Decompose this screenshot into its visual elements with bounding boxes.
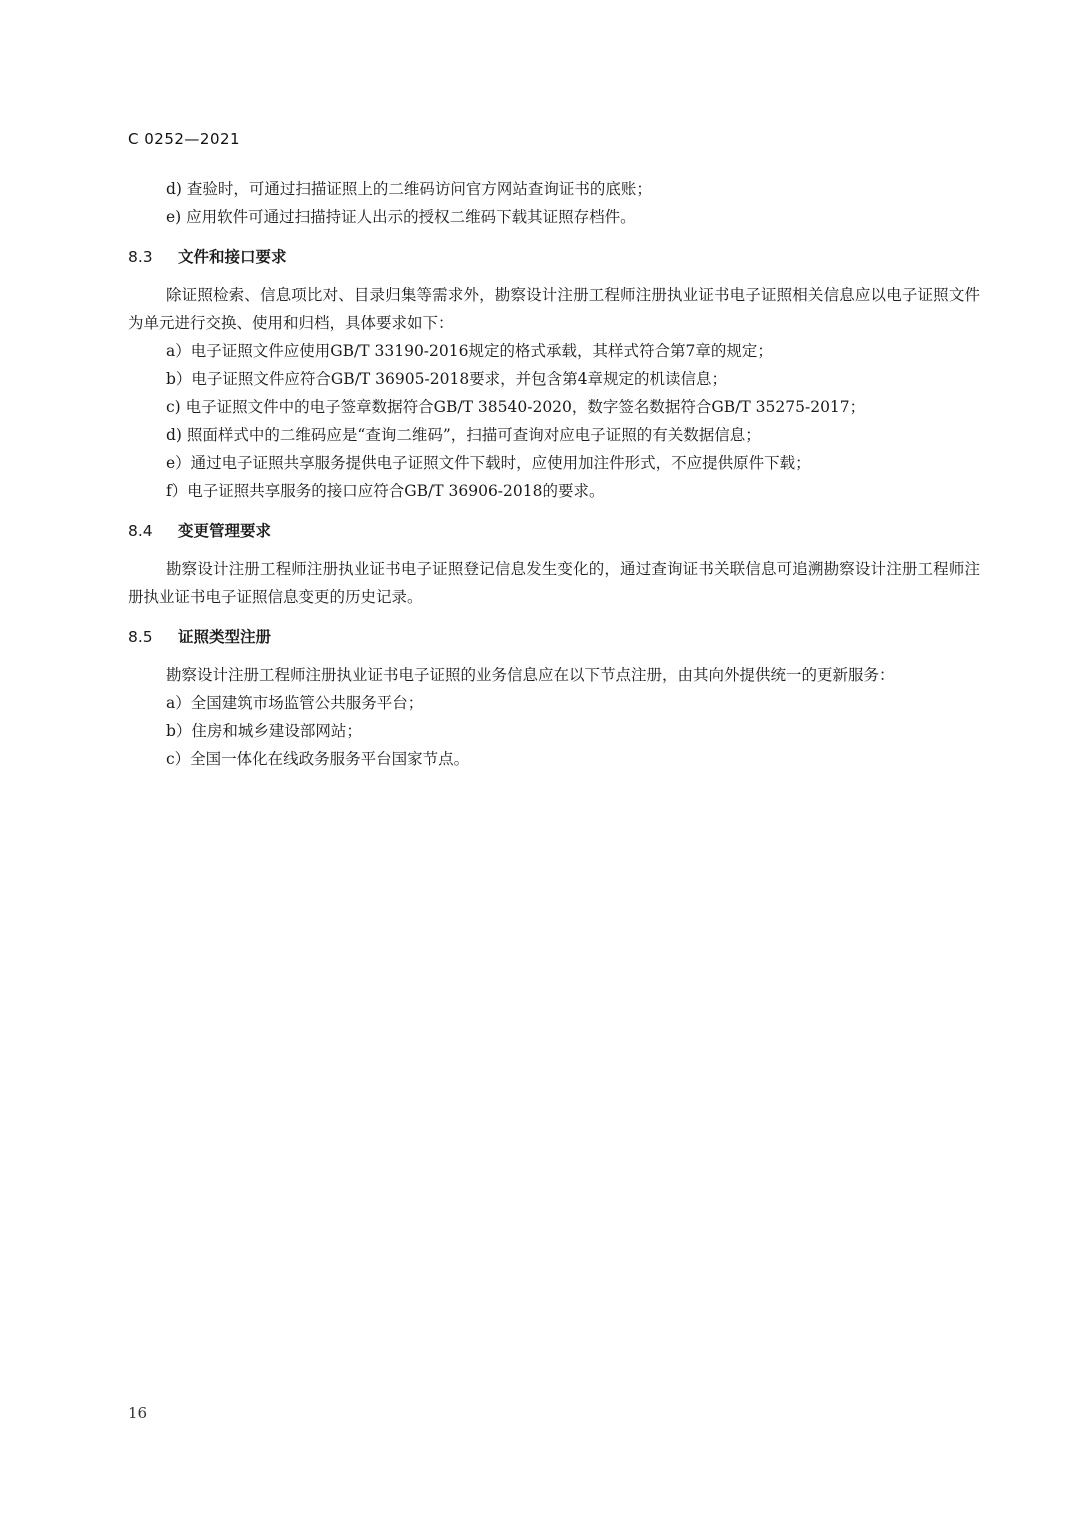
document-code-header: C 0252—2021 — [128, 130, 240, 148]
list-item: a）电子证照文件应使用GB/T 33190-2016规定的格式承载，其样式符合第… — [128, 337, 980, 365]
section-number: 8.4 — [128, 517, 178, 545]
list-item: c) 电子证照文件中的电子签章数据符合GB/T 38540-2020，数字签名数… — [128, 393, 980, 421]
list-item: b）电子证照文件应符合GB/T 36905-2018要求，并包含第4章规定的机读… — [128, 365, 980, 393]
section-paragraph: 除证照检索、信息项比对、目录归集等需求外，勘察设计注册工程师注册执业证书电子证照… — [128, 281, 980, 337]
section-heading-8-3: 8.3文件和接口要求 — [128, 243, 980, 271]
section-heading-8-4: 8.4变更管理要求 — [128, 517, 980, 545]
list-item: c）全国一体化在线政务服务平台国家节点。 — [128, 745, 980, 773]
section-heading-8-5: 8.5证照类型注册 — [128, 623, 980, 651]
list-item: f）电子证照共享服务的接口应符合GB/T 36906-2018的要求。 — [128, 477, 980, 505]
section-number: 8.3 — [128, 243, 178, 271]
section-title: 证照类型注册 — [178, 628, 271, 646]
section-paragraph: 勘察设计注册工程师注册执业证书电子证照登记信息发生变化的，通过查询证书关联信息可… — [128, 555, 980, 611]
list-item: b）住房和城乡建设部网站； — [128, 717, 980, 745]
page-number: 16 — [128, 1404, 147, 1422]
section-title: 变更管理要求 — [178, 522, 271, 540]
list-item-intro-e: e) 应用软件可通过扫描持证人出示的授权二维码下载其证照存档件。 — [128, 203, 980, 231]
section-number: 8.5 — [128, 623, 178, 651]
list-item: e）通过电子证照共享服务提供电子证照文件下载时，应使用加注件形式，不应提供原件下… — [128, 449, 980, 477]
list-item: d) 照面样式中的二维码应是“查询二维码”，扫描可查询对应电子证照的有关数据信息… — [128, 421, 980, 449]
list-item: a）全国建筑市场监管公共服务平台； — [128, 689, 980, 717]
page-content: d) 查验时，可通过扫描证照上的二维码访问官方网站查询证书的底账； e) 应用软… — [128, 175, 980, 773]
section-title: 文件和接口要求 — [178, 248, 287, 266]
section-paragraph: 勘察设计注册工程师注册执业证书电子证照的业务信息应在以下节点注册，由其向外提供统… — [128, 661, 980, 689]
list-item-intro-d: d) 查验时，可通过扫描证照上的二维码访问官方网站查询证书的底账； — [128, 175, 980, 203]
